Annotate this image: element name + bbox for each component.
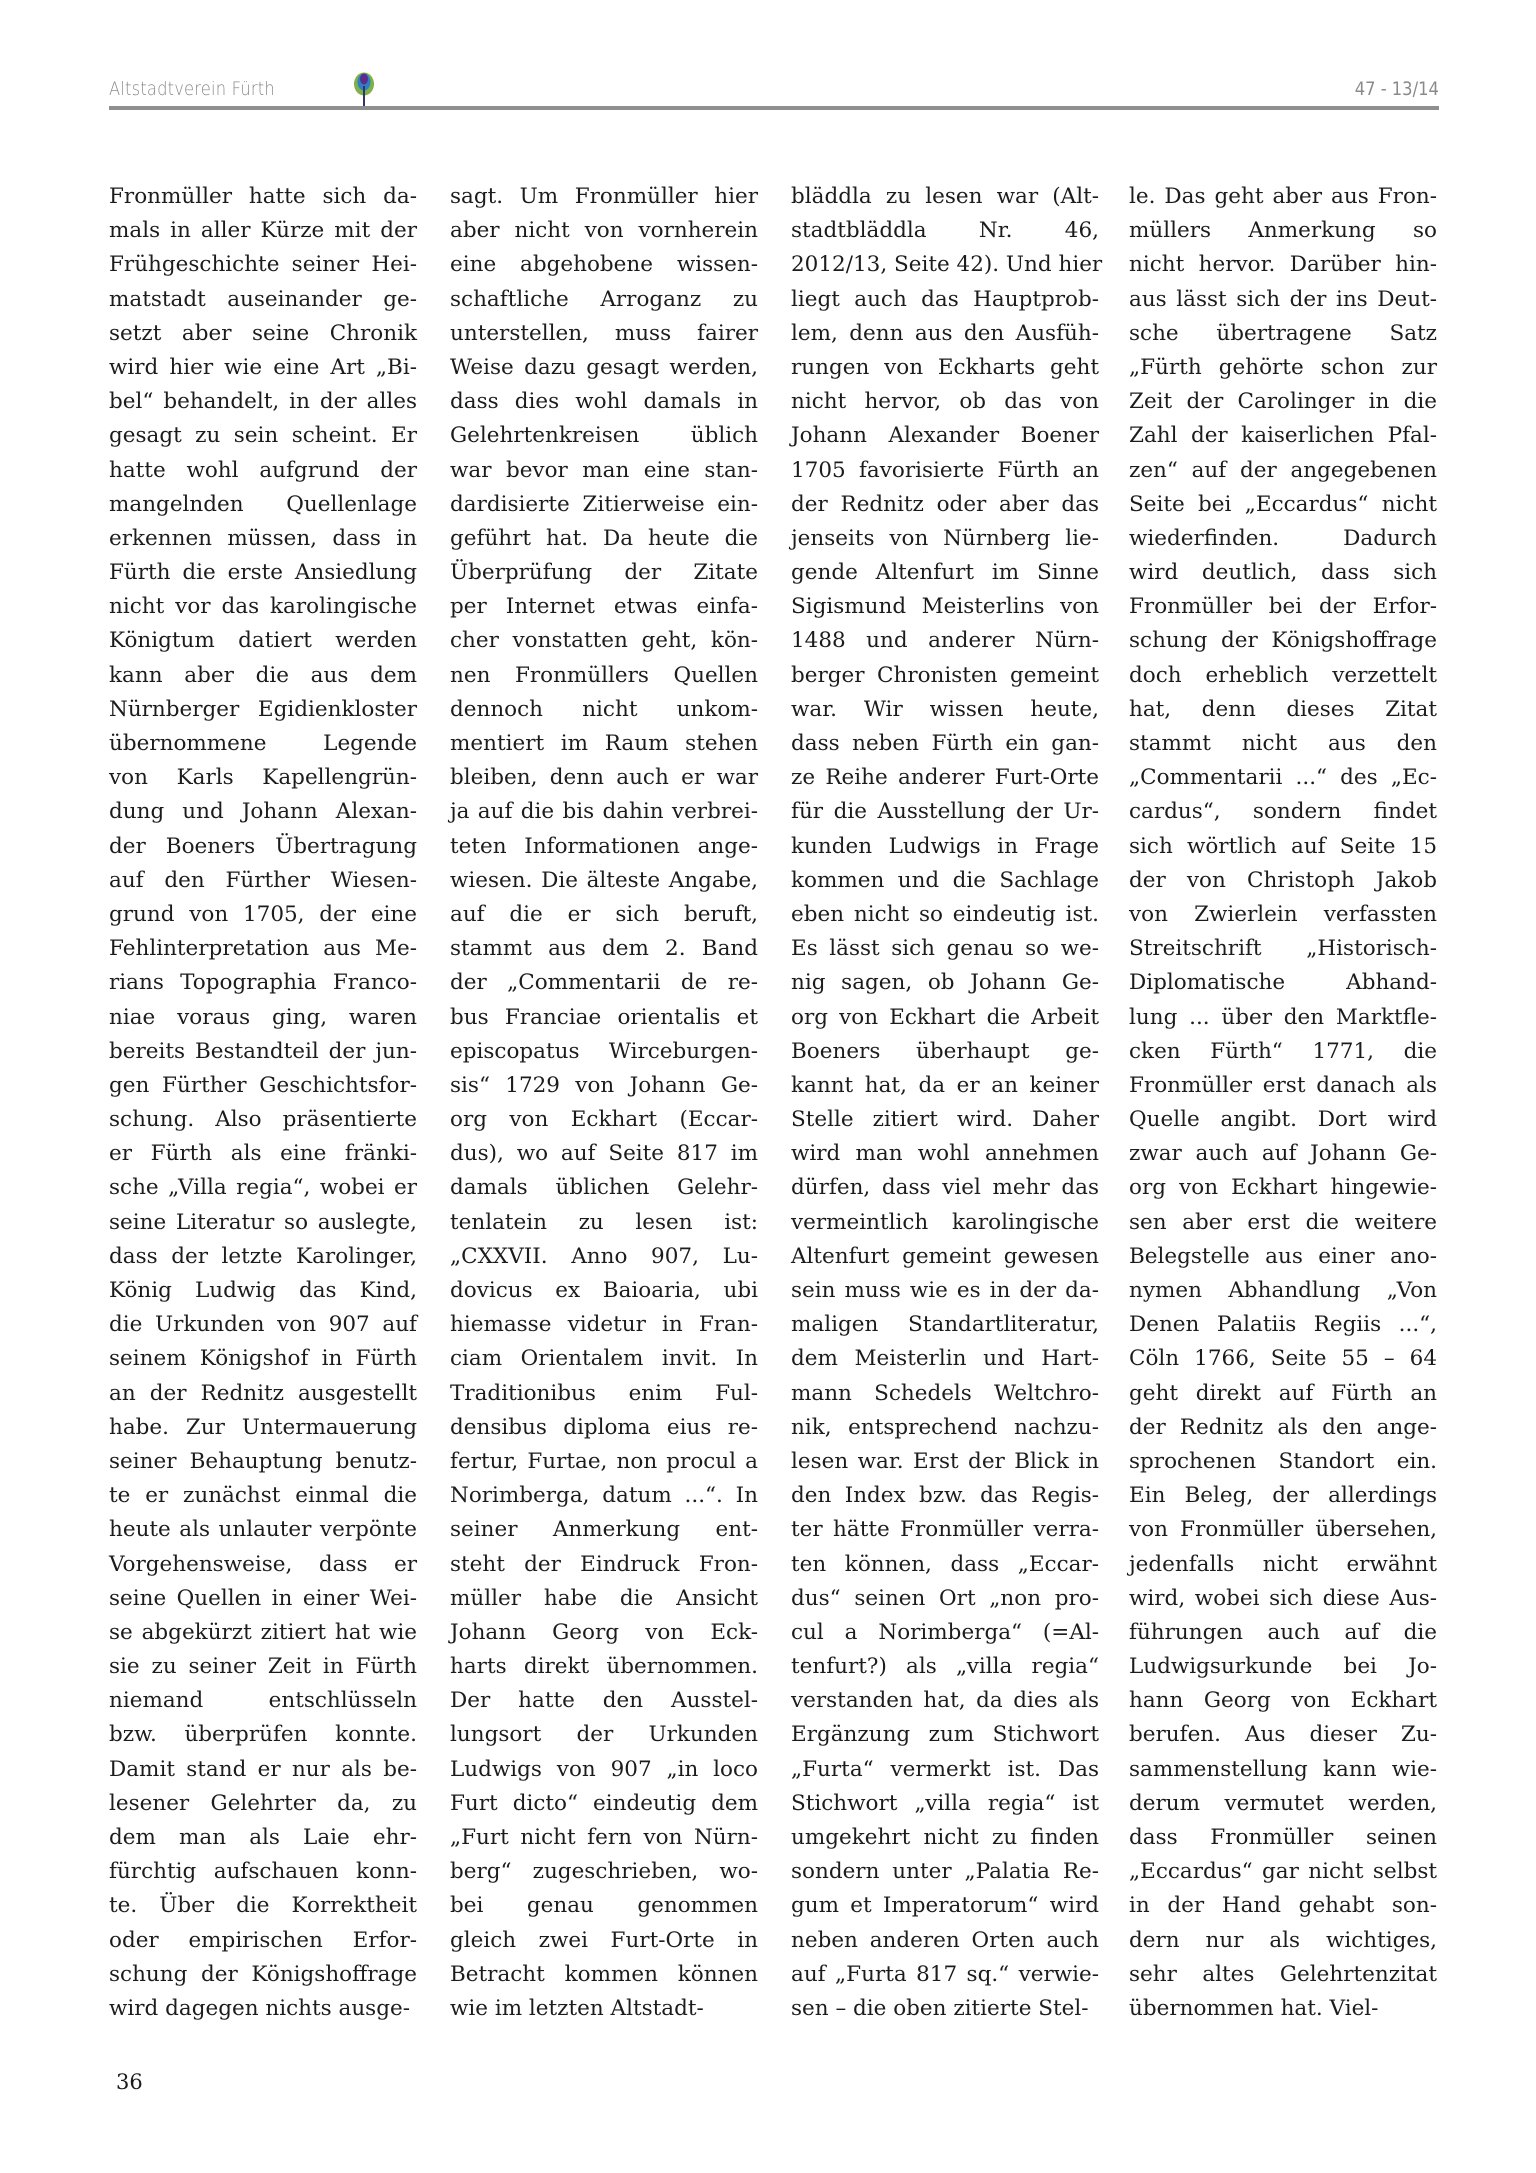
text-line: kannt hat, da er an keiner [791,1069,1099,1103]
text-line: cher vonstatten geht, kön- [450,624,758,658]
text-line: seine Literatur so auslegte, [109,1206,417,1240]
text-line: in der Hand gehabt son- [1129,1889,1437,1923]
text-line: auf den Fürther Wiesen- [109,864,417,898]
text-line: dem Meisterlin und Hart- [791,1342,1099,1376]
text-line: Fronmüller bei der Erfor- [1129,590,1437,624]
text-line: vermeintlich karolingische [791,1206,1099,1240]
text-line: Zahl der kaiserlichen Pfal- [1129,419,1437,453]
text-line: von Fronmüller übersehen, [1129,1513,1437,1547]
publication-title: Altstadtverein Fürth [109,78,275,100]
text-line: fürchtig aufschauen konn- [109,1855,417,1889]
text-line: Ludwigsurkunde bei Jo- [1129,1650,1437,1684]
text-line: org von Eckhart hingewie- [1129,1171,1437,1205]
text-line: Ludwigs von 907 „in loco [450,1753,758,1787]
text-line: dem man als Laie ehr- [109,1821,417,1855]
text-line: Ein Beleg, der allerdings [1129,1479,1437,1513]
text-line: Denen Palatiis Regiis ...“, [1129,1308,1437,1342]
text-line: ze Reihe anderer Furt-Orte [791,761,1099,795]
text-line: bzw. überprüfen konnte. [109,1718,417,1752]
text-line: sche übertragene Satz [1129,317,1437,351]
text-line: Betracht kommen können [450,1958,758,1992]
text-line: liegt auch das Hauptprob- [791,283,1099,317]
text-line: Norimberga, datum ...“. In [450,1479,758,1513]
text-line: bleiben, denn auch er war [450,761,758,795]
text-line: cken Fürth“ 1771, die [1129,1035,1437,1069]
text-line: org von Eckhart die Arbeit [791,1001,1099,1035]
text-line: erkennen müssen, dass in [109,522,417,556]
text-line: „Eccardus“ gar nicht selbst [1129,1855,1437,1889]
text-line: derum vermutet werden, [1129,1787,1437,1821]
text-line: doch erheblich verzettelt [1129,659,1437,693]
text-line: Zeit der Carolinger in die [1129,385,1437,419]
text-line: tenfurt?) als „villa regia“ [791,1650,1099,1684]
text-line: lung ... über den Marktfle- [1129,1001,1437,1035]
text-line: zwar auch auf Johann Ge- [1129,1137,1437,1171]
text-line: neben anderen Orten auch [791,1924,1099,1958]
text-line: 1705 favorisierte Fürth an [791,454,1099,488]
text-line: schung der Königshoffrage [109,1958,417,1992]
text-line: dovicus ex Baioaria, ubi [450,1274,758,1308]
text-line: berger Chronisten gemeint [791,659,1099,693]
text-line: eine abgehobene wissen- [450,248,758,282]
text-line: Sigismund Meisterlins von [791,590,1099,624]
text-line: Nürnberger Egidienkloster [109,693,417,727]
text-line: berufen. Aus dieser Zu- [1129,1718,1437,1752]
text-line: dennoch nicht unkom- [450,693,758,727]
text-line: König Ludwig das Kind, [109,1274,417,1308]
text-line: Diplomatische Abhand- [1129,966,1437,1000]
text-line: 1488 und anderer Nürn- [791,624,1099,658]
text-line: gleich zwei Furt-Orte in [450,1924,758,1958]
text-line: bel“ behandelt, in der alles [109,385,417,419]
text-line: kommen und die Sachlage [791,864,1099,898]
text-line: müllers Anmerkung so [1129,214,1437,248]
text-line: mann Schedels Weltchro- [791,1377,1099,1411]
text-line: wiederfinden. Dadurch [1129,522,1437,556]
text-line: den Index bzw. das Regis- [791,1479,1099,1513]
text-line: sammenstellung kann wie- [1129,1753,1437,1787]
text-line: lesen war. Erst der Blick in [791,1445,1099,1479]
text-line: dung und Johann Alexan- [109,795,417,829]
article-body: Fronmüller hatte sich da-mals in aller K… [109,180,1439,2030]
text-line: der Rednitz oder aber das [791,488,1099,522]
text-line: sie zu seiner Zeit in Fürth [109,1650,417,1684]
text-line: dass dies wohl damals in [450,385,758,419]
text-line: mentiert im Raum stehen [450,727,758,761]
text-line: heute als unlauter verpönte [109,1513,417,1547]
text-line: mals in aller Kürze mit der [109,214,417,248]
text-line: sprochenen Standort ein. [1129,1445,1437,1479]
text-line: Der hatte den Ausstel- [450,1684,758,1718]
text-line: cul a Norimberga“ (=Al- [791,1616,1099,1650]
text-line: Boeners überhaupt ge- [791,1035,1099,1069]
text-line: nen Fronmüllers Quellen [450,659,758,693]
text-line: nymen Abhandlung „Von [1129,1274,1437,1308]
text-line: Königtum datiert werden [109,624,417,658]
text-line: Fehlinterpretation aus Me- [109,932,417,966]
text-line: cardus“, sondern findet [1129,795,1437,829]
text-line: tenlatein zu lesen ist: [450,1206,758,1240]
text-line: dass der letzte Karolinger, [109,1240,417,1274]
text-line: schung. Also präsentierte [109,1103,417,1137]
text-line: der von Christoph Jakob [1129,864,1437,898]
text-line: wird man wohl annehmen [791,1137,1099,1171]
text-line: seine Quellen in einer Wei- [109,1582,417,1616]
text-line: stadtbläddla Nr. 46, [791,214,1099,248]
text-line: die Urkunden von 907 auf [109,1308,417,1342]
text-line: „Furt nicht fern von Nürn- [450,1821,758,1855]
text-line: er Fürth als eine fränki- [109,1137,417,1171]
text-line: densibus diploma eius re- [450,1411,758,1445]
text-line: der Boeners Übertragung [109,830,417,864]
text-line: bus Franciae orientalis et [450,1001,758,1035]
text-line: dus), wo auf Seite 817 im [450,1137,758,1171]
text-line: Traditionibus enim Ful- [450,1377,758,1411]
text-line: ter hätte Fronmüller verra- [791,1513,1099,1547]
text-line: Frühgeschichte seiner Hei- [109,248,417,282]
text-line: Seite bei „Eccardus“ nicht [1129,488,1437,522]
text-line: nik, entsprechend nachzu- [791,1411,1099,1445]
text-line: ja auf die bis dahin verbrei- [450,795,758,829]
text-column-2: sagt. Um Fronmüller hieraber nicht von v… [450,180,758,2026]
text-line: schaftliche Arroganz zu [450,283,758,317]
text-line: oder empirischen Erfor- [109,1924,417,1958]
text-line: der Rednitz als den ange- [1129,1411,1437,1445]
text-line: müller habe die Ansicht [450,1582,758,1616]
text-line: bei genau genommen [450,1889,758,1923]
text-line: sen – die oben zitierte Stel- [791,1992,1099,2026]
text-line: ten können, dass „Eccar- [791,1548,1099,1582]
text-line: hann Georg von Eckhart [1129,1684,1437,1718]
text-line: bläddla zu lesen war (Alt- [791,180,1099,214]
text-line: auf „Furta 817 sq.“ verwie- [791,1958,1099,1992]
text-line: jenseits von Nürnberg lie- [791,522,1099,556]
text-line: se abgekürzt zitiert hat wie [109,1616,417,1650]
text-line: te. Über die Korrektheit [109,1889,417,1923]
text-line: Überprüfung der Zitate [450,556,758,590]
text-line: per Internet etwas einfa- [450,590,758,624]
text-line: Fürth die erste Ansiedlung [109,556,417,590]
text-line: sondern unter „Palatia Re- [791,1855,1099,1889]
text-line: niae voraus ging, waren [109,1001,417,1035]
text-line: „CXXVII. Anno 907, Lu- [450,1240,758,1274]
text-line: Stelle zitiert wird. Daher [791,1103,1099,1137]
text-line: von Karls Kapellengrün- [109,761,417,795]
text-line: Streitschrift „Historisch- [1129,932,1437,966]
text-line: wird deutlich, dass sich [1129,556,1437,590]
text-line: lesener Gelehrter da, zu [109,1787,417,1821]
text-line: Belegstelle aus einer ano- [1129,1240,1437,1274]
text-line: verstanden hat, da dies als [791,1684,1099,1718]
text-line: Stichwort „villa regia“ ist [791,1787,1099,1821]
text-line: auf die er sich beruft, [450,898,758,932]
text-column-4: le. Das geht aber aus Fron-müllers Anmer… [1129,180,1437,2026]
text-line: wird hier wie eine Art „Bi- [109,351,417,385]
text-line: stammt nicht aus den [1129,727,1437,761]
text-line: seiner Behauptung benutz- [109,1445,417,1479]
text-line: Furt dicto“ eindeutig dem [450,1787,758,1821]
text-line: schung der Königshoffrage [1129,624,1437,658]
text-line: wird dagegen nichts ausge- [109,1992,417,2026]
text-line: gende Altenfurt im Sinne [791,556,1099,590]
text-line: Johann Georg von Eck- [450,1616,758,1650]
text-line: nicht vor das karolingische [109,590,417,624]
text-line: sich wörtlich auf Seite 15 [1129,830,1437,864]
page-number: 36 [116,2070,143,2094]
text-line: Johann Alexander Boener [791,419,1099,453]
text-line: lungsort der Urkunden [450,1718,758,1752]
page-header: Altstadtverein Fürth 47 - 13/14 [109,72,1439,108]
text-line: übernommen hat. Viel- [1129,1992,1437,2026]
text-line: steht der Eindruck Fron- [450,1548,758,1582]
text-line: fertur, Furtae, non procul a [450,1445,758,1479]
text-line: sen aber erst die weitere [1129,1206,1437,1240]
text-line: stammt aus dem 2. Band [450,932,758,966]
text-line: geführt hat. Da heute die [450,522,758,556]
issue-number: 47 - 13/14 [1355,78,1439,100]
text-line: habe. Zur Untermauerung [109,1411,417,1445]
text-line: dass neben Fürth ein gan- [791,727,1099,761]
text-line: rians Topographia Franco- [109,966,417,1000]
text-line: setzt aber seine Chronik [109,317,417,351]
text-line: Fronmüller hatte sich da- [109,180,417,214]
text-line: der „Commentarii de re- [450,966,758,1000]
text-line: gesagt zu sein scheint. Er [109,419,417,453]
text-line: seiner Anmerkung ent- [450,1513,758,1547]
text-line: „Commentarii ...“ des „Ec- [1129,761,1437,795]
text-line: aus lässt sich der ins Deut- [1129,283,1437,317]
text-line: Cöln 1766, Seite 55 – 64 [1129,1342,1437,1376]
text-line: seinem Königshof in Fürth [109,1342,417,1376]
text-line: hat, denn dieses Zitat [1129,693,1437,727]
text-line: matstadt auseinander ge- [109,283,417,317]
text-line: wiesen. Die älteste Angabe, [450,864,758,898]
text-line: Es lässt sich genau so we- [791,932,1099,966]
text-line: org von Eckhart (Eccar- [450,1103,758,1137]
text-line: Gelehrtenkreisen üblich [450,419,758,453]
text-column-3: bläddla zu lesen war (Alt-stadtbläddla N… [791,180,1099,2026]
text-line: sein muss wie es in der da- [791,1274,1099,1308]
text-line: episcopatus Wirceburgen- [450,1035,758,1069]
text-line: wird, wobei sich diese Aus- [1129,1582,1437,1616]
text-line: hatte wohl aufgrund der [109,454,417,488]
text-line: führungen auch auf die [1129,1616,1437,1650]
text-line: gen Fürther Geschichtsfor- [109,1069,417,1103]
text-line: nig sagen, ob Johann Ge- [791,966,1099,1000]
header-divider [109,106,1439,110]
text-line: dass Fronmüller seinen [1129,1821,1437,1855]
text-line: gum et Imperatorum“ wird [791,1889,1099,1923]
text-line: zen“ auf der angegebenen [1129,454,1437,488]
text-line: damals üblichen Gelehr- [450,1171,758,1205]
text-line: maligen Standartliteratur, [791,1308,1099,1342]
text-column-1: Fronmüller hatte sich da-mals in aller K… [109,180,417,2026]
text-line: sche „Villa regia“, wobei er [109,1171,417,1205]
text-line: ciam Orientalem invit. In [450,1342,758,1376]
text-line: 2012/13, Seite 42). Und hier [791,248,1099,282]
text-line: an der Rednitz ausgestellt [109,1377,417,1411]
text-line: dürfen, dass viel mehr das [791,1171,1099,1205]
text-line: Ergänzung zum Stichwort [791,1718,1099,1752]
text-line: eben nicht so eindeutig ist. [791,898,1099,932]
text-line: teten Informationen ange- [450,830,758,864]
tree-logo-icon [353,72,375,106]
text-line: Vorgehensweise, dass er [109,1548,417,1582]
text-line: niemand entschlüsseln [109,1684,417,1718]
text-line: von Zwierlein verfassten [1129,898,1437,932]
text-line: dern nur als wichtiges, [1129,1924,1437,1958]
text-line: Weise dazu gesagt werden, [450,351,758,385]
text-line: „Fürth gehörte schon zur [1129,351,1437,385]
text-line: unterstellen, muss fairer [450,317,758,351]
text-line: te er zunächst einmal die [109,1479,417,1513]
text-line: grund von 1705, der eine [109,898,417,932]
text-line: Quelle angibt. Dort wird [1129,1103,1437,1137]
text-line: nicht hervor. Darüber hin- [1129,248,1437,282]
text-line: nicht hervor, ob das von [791,385,1099,419]
text-line: übernommene Legende [109,727,417,761]
text-line: kann aber die aus dem [109,659,417,693]
text-line: „Furta“ vermerkt ist. Das [791,1753,1099,1787]
text-line: Altenfurt gemeint gewesen [791,1240,1099,1274]
text-line: war. Wir wissen heute, [791,693,1099,727]
text-line: jedenfalls nicht erwähnt [1129,1548,1437,1582]
text-line: umgekehrt nicht zu finden [791,1821,1099,1855]
text-line: hiemasse videtur in Fran- [450,1308,758,1342]
text-line: sagt. Um Fronmüller hier [450,180,758,214]
text-line: le. Das geht aber aus Fron- [1129,180,1437,214]
text-line: aber nicht von vornherein [450,214,758,248]
text-line: bereits Bestandteil der jun- [109,1035,417,1069]
text-line: dardisierte Zitierweise ein- [450,488,758,522]
text-line: wie im letzten Altstadt- [450,1992,758,2026]
text-line: dus“ seinen Ort „non pro- [791,1582,1099,1616]
text-line: mangelnden Quellenlage [109,488,417,522]
text-line: lem, denn aus den Ausfüh- [791,317,1099,351]
text-line: für die Ausstellung der Ur- [791,795,1099,829]
text-line: war bevor man eine stan- [450,454,758,488]
text-line: rungen von Eckharts geht [791,351,1099,385]
text-line: Damit stand er nur als be- [109,1753,417,1787]
text-line: harts direkt übernommen. [450,1650,758,1684]
text-line: sis“ 1729 von Johann Ge- [450,1069,758,1103]
text-line: geht direkt auf Fürth an [1129,1377,1437,1411]
text-line: berg“ zugeschrieben, wo- [450,1855,758,1889]
text-line: Fronmüller erst danach als [1129,1069,1437,1103]
text-line: kunden Ludwigs in Frage [791,830,1099,864]
text-line: sehr altes Gelehrtenzitat [1129,1958,1437,1992]
